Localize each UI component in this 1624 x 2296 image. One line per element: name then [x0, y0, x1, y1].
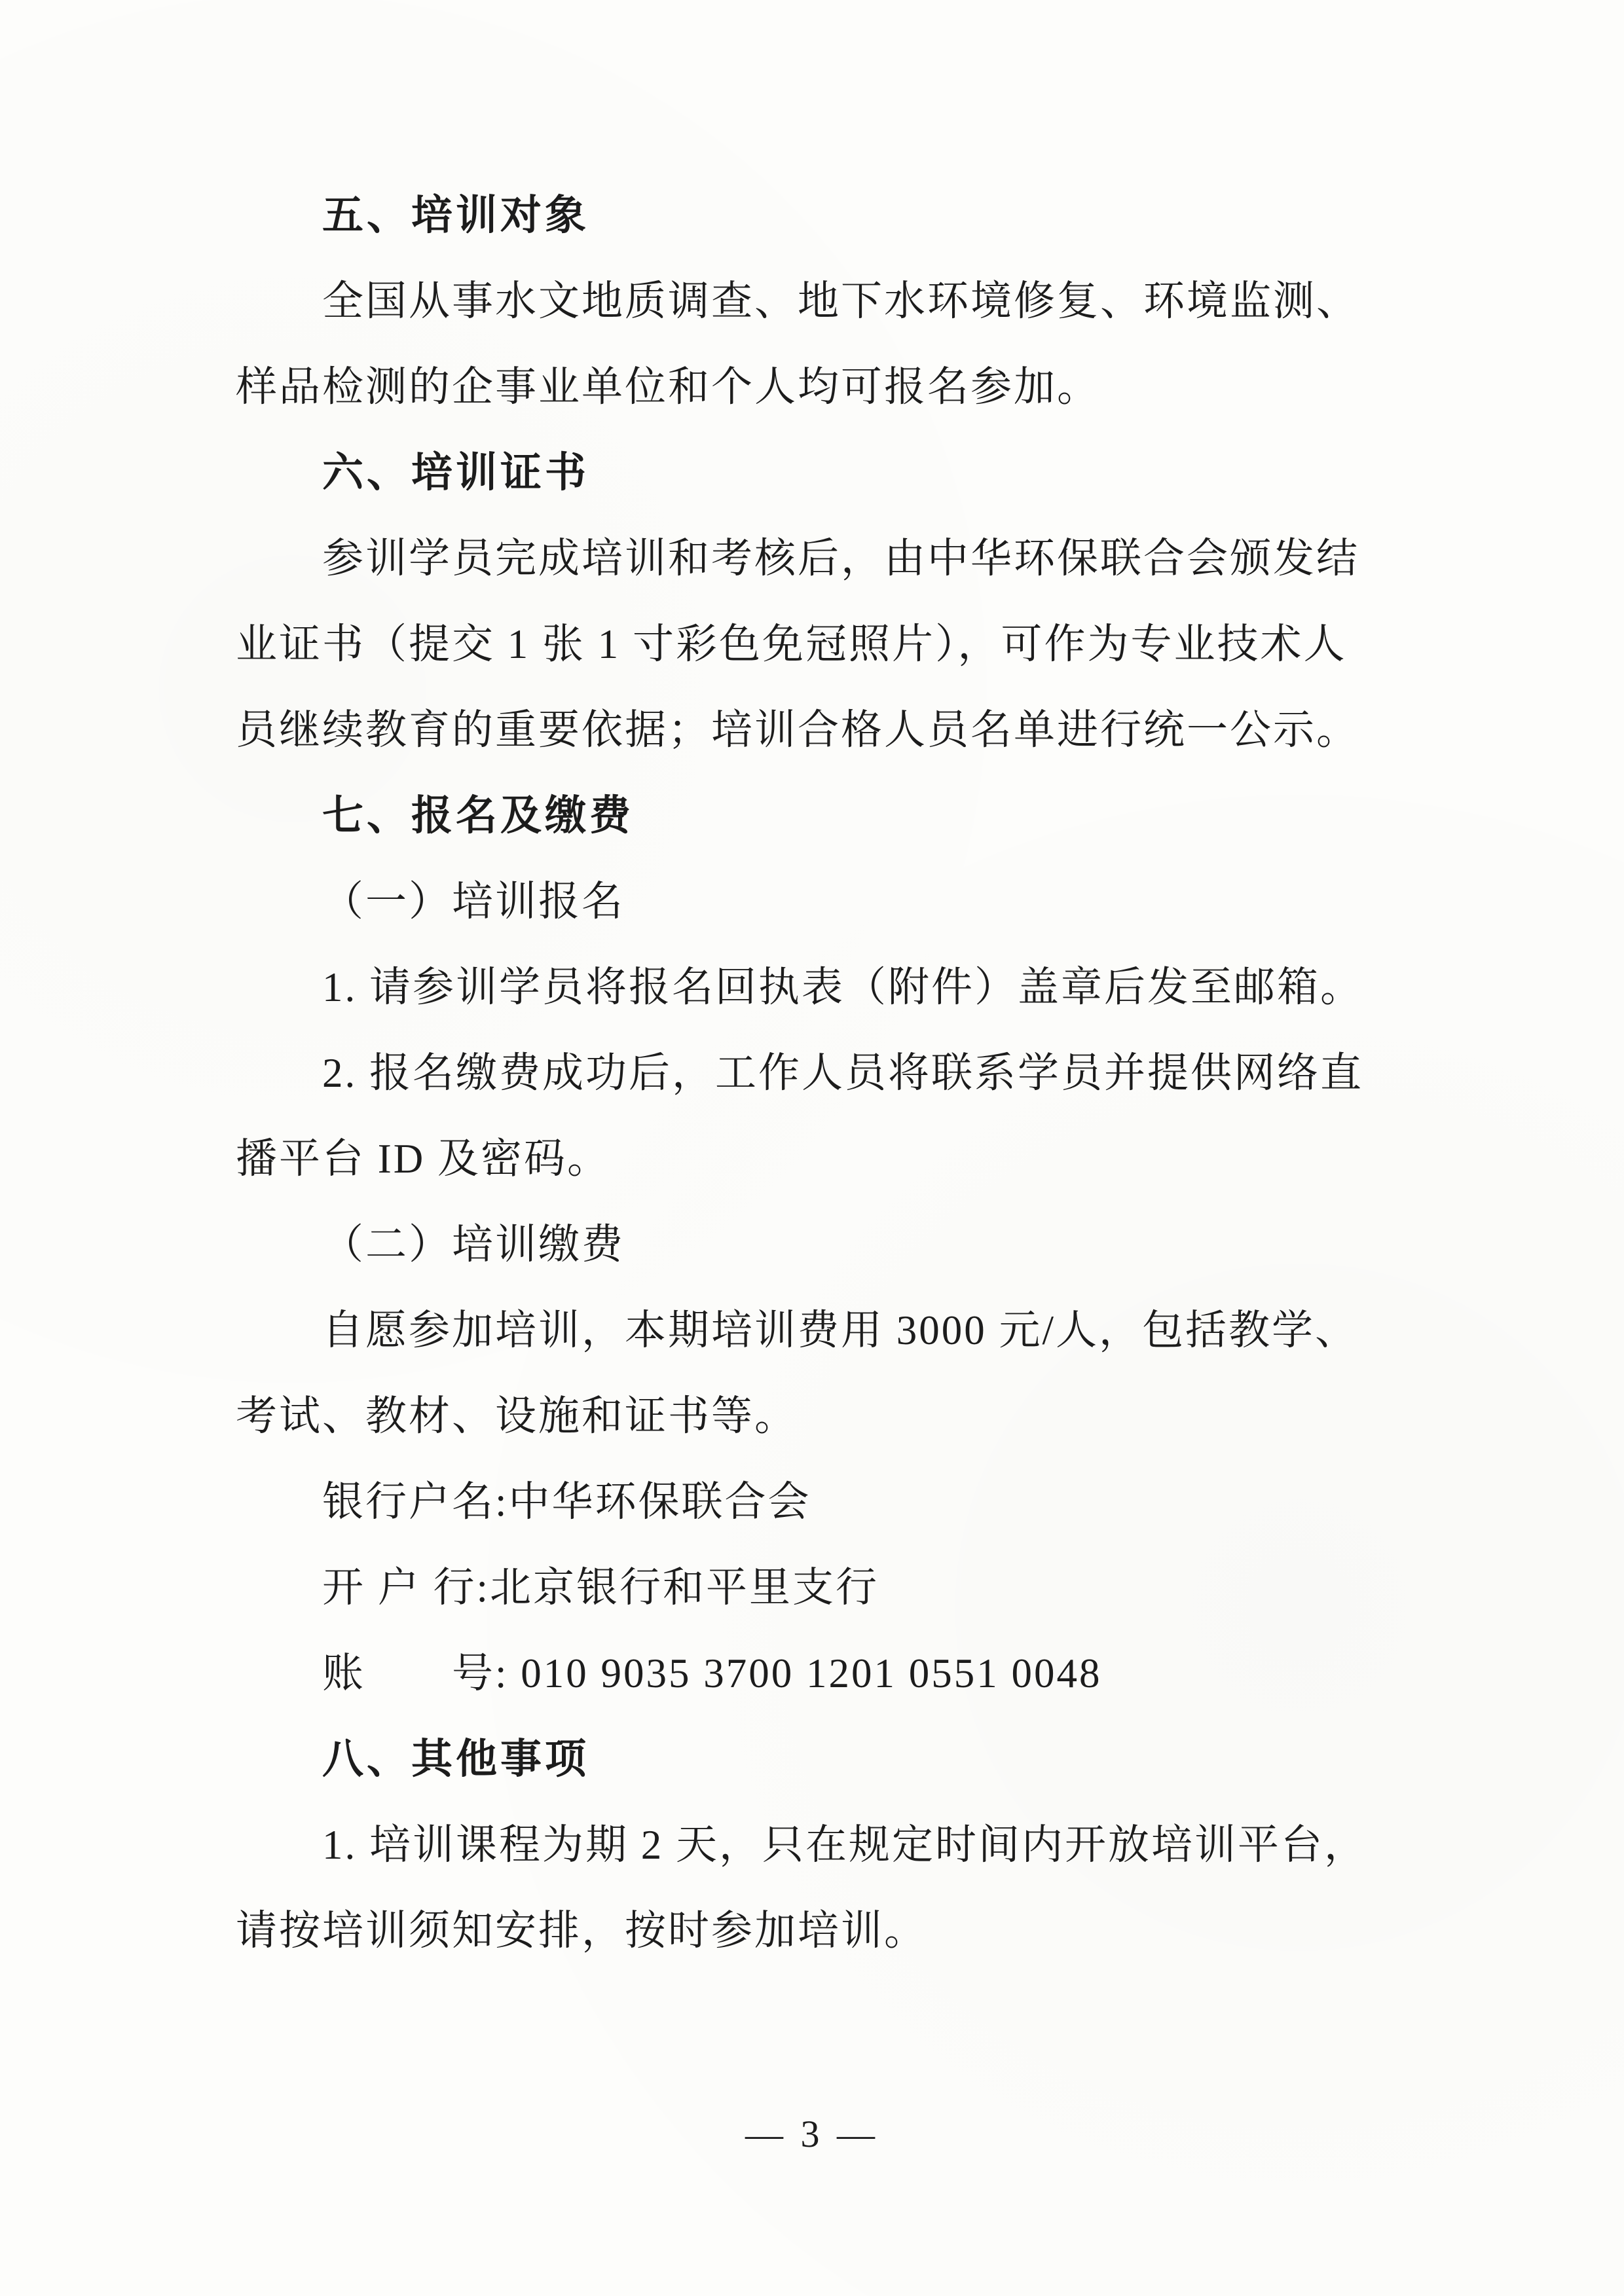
- heading-section-5-training-target: 五、培训对象: [236, 173, 1388, 259]
- paragraph-line: 样品检测的企事业单位和个人均可报名参加。: [236, 344, 1388, 430]
- paragraph-line: 请按培训须知安排，按时参加培训。: [236, 1888, 1388, 1974]
- list-item-1: 1. 请参训学员将报名回执表（附件）盖章后发至邮箱。: [236, 945, 1388, 1030]
- heading-section-6-training-certificate: 六、培训证书: [236, 430, 1388, 516]
- bank-account-name: 银行户名:中华环保联合会: [236, 1459, 1388, 1545]
- subheading-registration: （一）培训报名: [236, 859, 1388, 945]
- bank-account-number: 账 号: 010 9035 3700 1201 0551 0048: [236, 1631, 1388, 1717]
- paragraph-line: 全国从事水文地质调查、地下水环境修复、环境监测、: [236, 259, 1388, 344]
- page-number: — 3 —: [0, 2098, 1624, 2170]
- document-body: 五、培训对象 全国从事水文地质调查、地下水环境修复、环境监测、 样品检测的企事业…: [236, 173, 1388, 1974]
- paragraph-line: 参训学员完成培训和考核后，由中华环保联合会颁发结: [236, 516, 1388, 602]
- paragraph-line: 员继续教育的重要依据；培训合格人员名单进行统一公示。: [236, 687, 1388, 773]
- document-page: 五、培训对象 全国从事水文地质调查、地下水环境修复、环境监测、 样品检测的企事业…: [0, 0, 1624, 2296]
- subheading-payment: （二）培训缴费: [236, 1202, 1388, 1288]
- paragraph-line: 自愿参加培训，本期培训费用 3000 元/人，包括教学、: [236, 1288, 1388, 1374]
- paragraph-line: 考试、教材、设施和证书等。: [236, 1374, 1388, 1459]
- paragraph-line: 业证书（提交 1 张 1 寸彩色免冠照片），可作为专业技术人: [236, 602, 1388, 687]
- heading-section-7-registration-payment: 七、报名及缴费: [236, 773, 1388, 859]
- heading-section-8-other-matters: 八、其他事项: [236, 1717, 1388, 1802]
- paragraph-line: 播平台 ID 及密码。: [236, 1116, 1388, 1202]
- list-item-1: 1. 培训课程为期 2 天，只在规定时间内开放培训平台，: [236, 1802, 1388, 1888]
- bank-branch: 开 户 行:北京银行和平里支行: [236, 1545, 1388, 1631]
- list-item-2: 2. 报名缴费成功后，工作人员将联系学员并提供网络直: [236, 1030, 1388, 1116]
